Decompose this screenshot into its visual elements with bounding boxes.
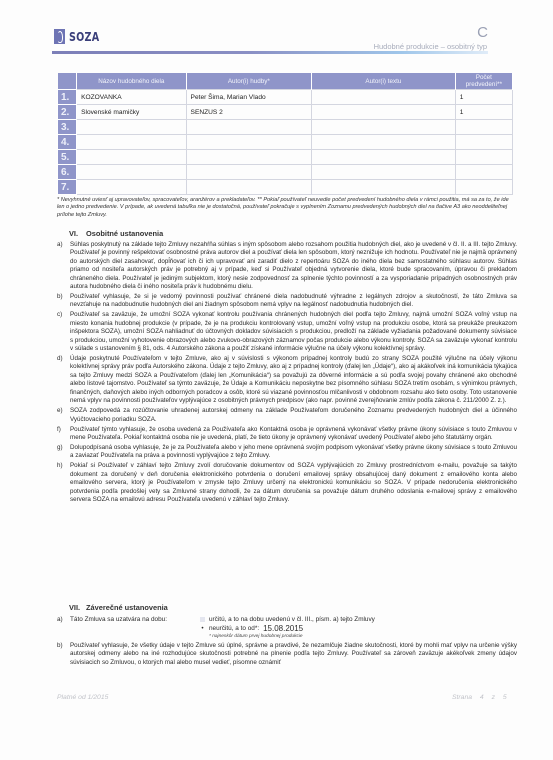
clause-item: e)SOZA zodpovedá za rozúčtovanie uhraden… <box>57 407 517 424</box>
music-authors-cell[interactable] <box>186 135 312 150</box>
row-number: 5. <box>58 150 77 165</box>
clause-term: a) Táto Zmluva sa uzatvára na dobu: urči… <box>57 615 517 640</box>
music-authors-cell[interactable] <box>186 180 312 195</box>
lyric-authors-cell[interactable] <box>312 150 456 165</box>
section-special-provisions: VI.Osobitné ustanovenia a)Súhlas poskytn… <box>57 229 517 506</box>
music-authors-cell[interactable] <box>186 150 312 165</box>
work-title-cell[interactable] <box>77 180 186 195</box>
work-title-cell[interactable]: Slovenské mamičky <box>77 105 186 120</box>
clause-item: d)Údaje poskytnuté Používateľom v tejto … <box>57 355 517 405</box>
performance-count-cell[interactable] <box>455 135 512 150</box>
clause-item: f)Používateľ týmto vyhlasuje, že osoba u… <box>57 426 517 443</box>
clause-item: a)Súhlas poskytnutý na základe tejto Zml… <box>57 241 517 291</box>
section-final-provisions: VII.Záverečné ustanovenia a) Táto Zmluva… <box>57 603 517 669</box>
clause-item: h)Pokiaľ si Používateľ v záhlaví tejto Z… <box>57 462 517 504</box>
lyric-authors-cell[interactable] <box>312 105 456 120</box>
start-date-value: 15.08.2015 <box>263 624 303 633</box>
form-subtitle: Hudobné produkcie – osobitný typ <box>374 42 487 51</box>
section-heading: VII.Záverečné ustanovenia <box>69 603 517 612</box>
clause-declaration: b) Používateľ vyhlasuje, že všetky údaje… <box>57 642 517 667</box>
performance-count-cell[interactable]: 1 <box>455 90 512 105</box>
table-row: 5. <box>58 150 513 165</box>
column-header-music-authors: Autor(i) hudby* <box>186 73 312 90</box>
music-authors-cell[interactable] <box>186 165 312 180</box>
row-number: 6. <box>58 165 77 180</box>
header-divider <box>52 51 488 54</box>
lyric-authors-cell[interactable] <box>312 90 456 105</box>
table-row: 1.KOZOVANKAPeter Šima, Marian Vlado1 <box>58 90 513 105</box>
row-number: 7. <box>58 180 77 195</box>
performance-count-cell[interactable] <box>455 180 512 195</box>
soza-logo-icon <box>54 29 65 44</box>
table-footnote: * Nevyhnutné uviesť aj upravovateľov, sp… <box>57 197 515 219</box>
column-header-lyric-authors: Autor(i) textu <box>312 73 456 90</box>
clause-item: c)Používateľ sa zaväzuje, že umožní SOZA… <box>57 311 517 353</box>
table-row: 4. <box>58 135 513 150</box>
page-number: Strana 4 z 5 <box>452 694 507 701</box>
table-row: 2.Slovenské mamičkySENZUS 21 <box>58 105 513 120</box>
lyric-authors-cell[interactable] <box>312 120 456 135</box>
validity-note: Platné od 1/2015 <box>57 694 108 701</box>
column-header-performance-count: Počet predvedení** <box>455 73 512 90</box>
music-authors-cell[interactable]: SENZUS 2 <box>186 105 312 120</box>
works-table: Názov hudobného diela Autor(i) hudby* Au… <box>57 73 513 195</box>
option-fixed-term[interactable]: určitú, a to na dobu uvedenú v čl. III.,… <box>200 615 375 624</box>
work-title-cell[interactable] <box>77 150 186 165</box>
section-heading: VI.Osobitné ustanovenia <box>69 229 517 238</box>
checkbox-fixed-term[interactable] <box>200 617 205 622</box>
table-row: 6. <box>58 165 513 180</box>
clause-item: g)Dolupodpísaná osoba vyhlasuje, že je z… <box>57 444 517 461</box>
work-title-cell[interactable] <box>77 165 186 180</box>
option-indefinite-term[interactable]: • neurčitú, a to od*: 15.08.2015 <box>200 624 375 633</box>
row-number: 3. <box>58 120 77 135</box>
table-row: 3. <box>58 120 513 135</box>
lyric-authors-cell[interactable] <box>312 180 456 195</box>
row-number: 4. <box>58 135 77 150</box>
music-authors-cell[interactable]: Peter Šima, Marian Vlado <box>186 90 312 105</box>
table-row: 7. <box>58 180 513 195</box>
music-authors-cell[interactable] <box>186 120 312 135</box>
table-header-row: Názov hudobného diela Autor(i) hudby* Au… <box>58 73 513 90</box>
clause-item: b)Používateľ vyhlasuje, že si je vedomý … <box>57 293 517 310</box>
lyric-authors-cell[interactable] <box>312 135 456 150</box>
performance-count-cell[interactable]: 1 <box>455 105 512 120</box>
soza-logo: SOZA <box>54 29 107 44</box>
work-title-cell[interactable] <box>77 120 186 135</box>
column-header-number <box>58 73 77 90</box>
work-title-cell[interactable] <box>77 135 186 150</box>
row-number: 1. <box>58 90 77 105</box>
term-note: * najneskôr dátum prvej hudobnej produkc… <box>209 633 375 640</box>
contract-page: SOZA C Hudobné produkcie – osobitný typ … <box>0 0 553 760</box>
performance-count-cell[interactable] <box>455 165 512 180</box>
lyric-authors-cell[interactable] <box>312 165 456 180</box>
performance-count-cell[interactable] <box>455 120 512 135</box>
column-header-title: Názov hudobného diela <box>77 73 186 90</box>
checkbox-indefinite-term-checked[interactable]: • <box>200 624 205 633</box>
row-number: 2. <box>58 105 77 120</box>
work-title-cell[interactable]: KOZOVANKA <box>77 90 186 105</box>
performance-count-cell[interactable] <box>455 150 512 165</box>
logo-text: SOZA <box>69 30 99 44</box>
form-letter: C <box>477 24 488 41</box>
